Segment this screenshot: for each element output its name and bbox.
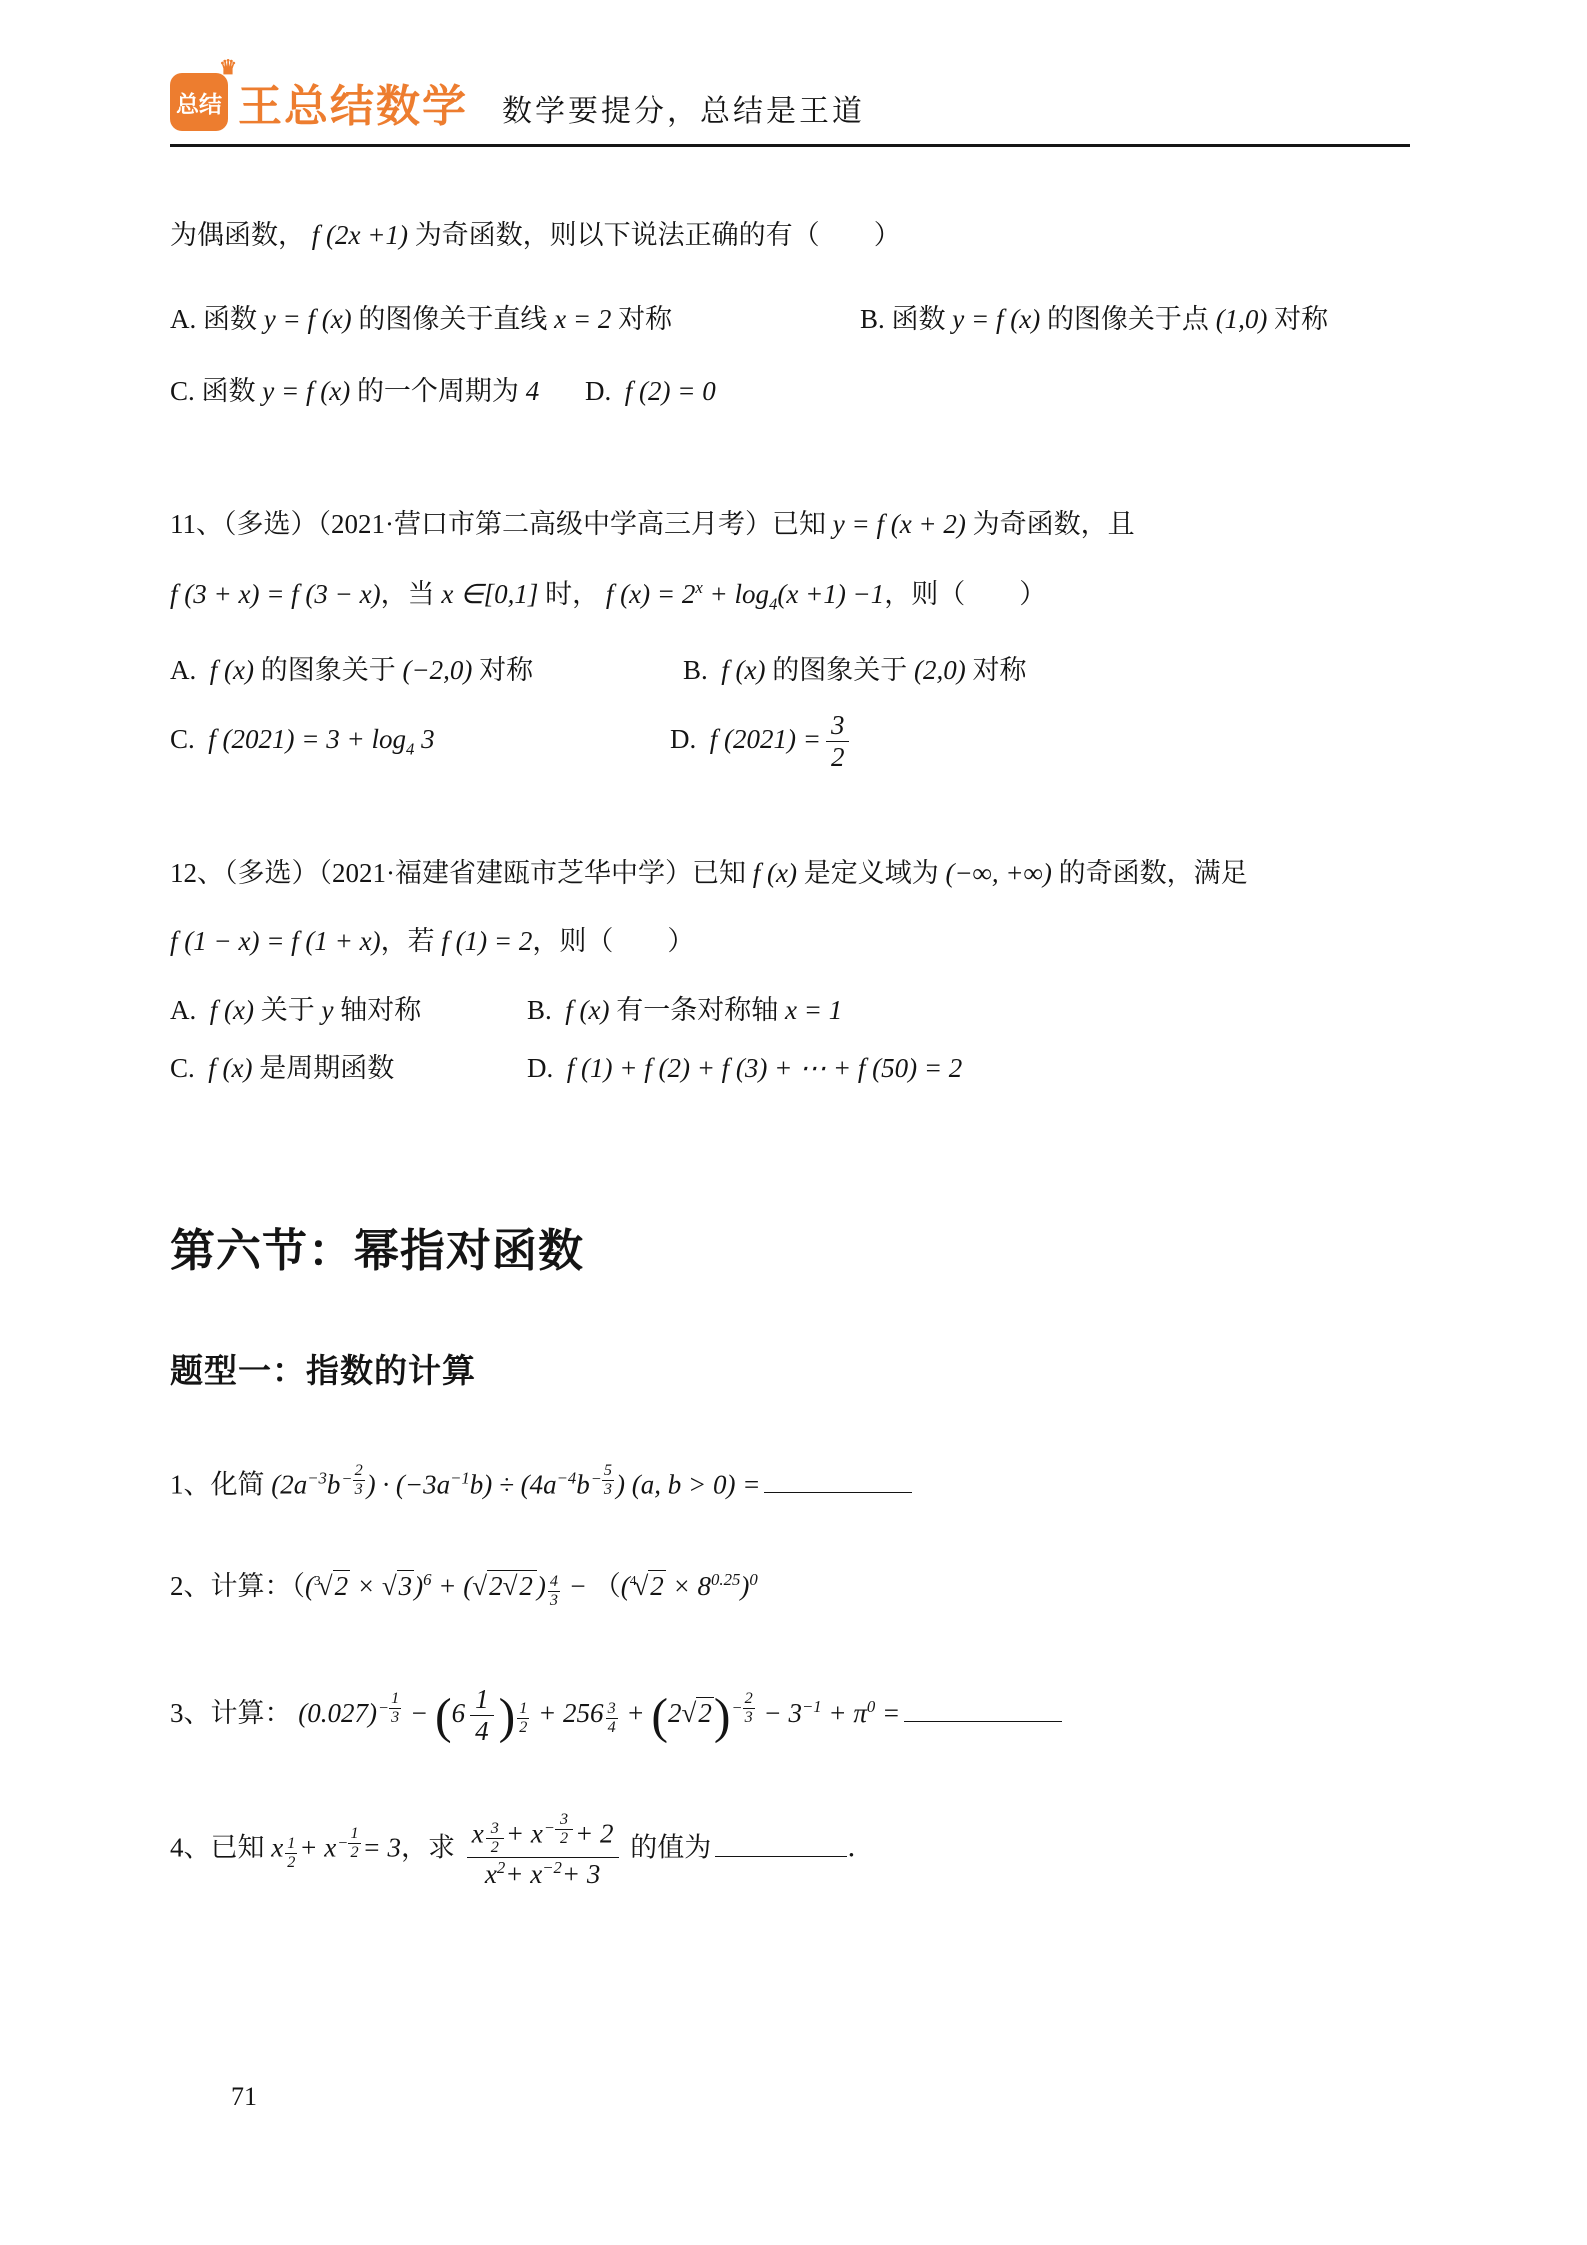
exponent: −4 xyxy=(557,1468,577,1487)
radical-icon: √ xyxy=(472,1571,487,1601)
logo-title: 王总结数学 xyxy=(238,70,468,134)
option-label: D. xyxy=(670,724,696,754)
exponent-fraction: −13 xyxy=(379,1690,401,1727)
exponent-fraction: −32 xyxy=(545,1811,573,1848)
q11-option-c: C. f (2021) = 3 + log4 3 xyxy=(170,721,670,761)
q12-option-c: C. f (x) 是周期函数 xyxy=(170,1050,527,1088)
q12-stem-line2: f (1 − x) = f (1 + x)，若 f (1) = 2，则（） xyxy=(170,923,1410,961)
fraction-denominator: 2 xyxy=(826,742,850,773)
exponent-fraction: 32 xyxy=(486,1820,504,1857)
problem-3: 3、计算： (0.027)−13 − (614)12 + 25634 + (2√… xyxy=(170,1684,1410,1747)
exponent: 2 xyxy=(497,1858,505,1877)
option-label: A. xyxy=(170,655,196,685)
q10-option-b: B. 函数 y = f (x) 的图像关于点 (1,0) 对称 xyxy=(860,301,1328,339)
problem-number: 3、 xyxy=(170,1698,211,1728)
fraction-numerator: 1 xyxy=(470,1684,494,1716)
radical-icon: √ xyxy=(318,1571,333,1601)
fraction: x32+ x−32+ 2x2+ x−2+ 3 xyxy=(467,1811,619,1890)
answer-blank xyxy=(904,1692,1062,1721)
fraction-denominator: 4 xyxy=(470,1716,494,1747)
q12-options-ab: A. f (x) 关于 y 轴对称 B. f (x) 有一条对称轴 x = 1 xyxy=(170,992,1410,1030)
q11-option-d: D. f (2021) =32 xyxy=(670,710,854,773)
text: 为奇函数，则以下说法正确的有（ xyxy=(408,220,820,250)
q12-options-cd: C. f (x) 是周期函数 D. f (1) + f (2) + f (3) … xyxy=(170,1050,1410,1088)
q10-option-a: A. 函数 y = f (x) 的图像关于直线 x = 2 对称 xyxy=(170,301,860,339)
exponent-fraction: −12 xyxy=(338,1825,360,1862)
exponent-fraction: 12 xyxy=(285,1835,297,1872)
radical-icon: √ xyxy=(682,1698,697,1728)
radicand: 3 xyxy=(397,1570,415,1601)
logo-badge: 总结 ♛ xyxy=(170,73,228,131)
option-label: C. xyxy=(170,376,195,406)
exponent-fraction: 43 xyxy=(548,1573,560,1610)
q10-options-cd: C. 函数 y = f (x) 的一个周期为 4 D. f (2) = 0 xyxy=(170,373,1410,411)
radicand: 2 xyxy=(333,1570,351,1601)
exponent-fraction: −53 xyxy=(592,1462,614,1499)
slogan-text: 数学要提分，总结是王道 xyxy=(502,86,865,134)
exponent-fraction: −23 xyxy=(733,1690,755,1727)
fraction-denominator: x2+ x−2+ 3 xyxy=(480,1858,605,1890)
logo-badge-text: 总结 xyxy=(176,86,222,119)
q10-option-c: C. 函数 y = f (x) 的一个周期为 4 xyxy=(170,373,585,411)
problem-2: 2、计算：（(3√2 × √3)6 + (√2√2)43 − （(4√2 × 8… xyxy=(170,1568,1410,1610)
q11-option-b: B. f (x) 的图象关于 (2,0) 对称 xyxy=(683,652,1026,690)
left-paren: ( xyxy=(651,1687,668,1743)
problem-4: 4、已知 x12+ x−12= 3，求 x32+ x−32+ 2x2+ x−2+… xyxy=(170,1811,1410,1890)
problem-number: 4、 xyxy=(170,1833,211,1863)
option-label: C. xyxy=(170,724,195,754)
option-label: B. xyxy=(683,655,708,685)
crown-icon: ♛ xyxy=(219,58,237,78)
radical-icon: √ xyxy=(382,1571,397,1601)
problem-1: 1、化简 (2a−3b−23) · (−3a−1b) ÷ (4a−4b−53) … xyxy=(170,1462,1410,1504)
page-number: 71 xyxy=(231,2082,257,2112)
exponent: 6 xyxy=(423,1570,431,1589)
radicand: 2√2 xyxy=(487,1570,537,1601)
text: ） xyxy=(874,220,901,250)
exponent: −1 xyxy=(450,1468,470,1487)
q11-stem-line2: f (3 + x) = f (3 − x)，当 x ∈[0,1] 时， f (x… xyxy=(170,576,1410,616)
radicand: 2 xyxy=(696,1697,714,1728)
math: f (2x +1) xyxy=(312,220,408,250)
q11-stem-line1: 11、（多选）（2021·营口市第二高级中学高三月考）已知 y = f (x +… xyxy=(170,506,1410,544)
radicand: 2 xyxy=(517,1570,535,1601)
exponent: −1 xyxy=(802,1697,822,1716)
right-paren: ) xyxy=(714,1687,731,1743)
option-label: B. xyxy=(527,995,552,1025)
brand-logo: 总结 ♛ 王总结数学 xyxy=(170,70,468,134)
q11-options-cd: C. f (2021) = 3 + log4 3 D. f (2021) =32 xyxy=(170,710,1410,773)
worksheet-page: 总结 ♛ 王总结数学 数学要提分，总结是王道 为偶函数， f (2x +1) 为… xyxy=(0,0,1587,2245)
problem-number: 2、 xyxy=(170,1571,211,1601)
option-label: D. xyxy=(527,1053,553,1083)
exponent-fraction: −23 xyxy=(342,1462,364,1499)
option-label: D. xyxy=(585,376,611,406)
answer-blank xyxy=(715,1827,847,1856)
exponent: −3 xyxy=(307,1468,327,1487)
right-paren: ) xyxy=(499,1687,516,1743)
q12-option-d: D. f (1) + f (2) + f (3) + ⋯ + f (50) = … xyxy=(527,1050,962,1088)
option-label: A. xyxy=(170,304,196,334)
q11-options-ab: A. f (x) 的图象关于 (−2,0) 对称 B. f (x) 的图象关于 … xyxy=(170,652,1410,690)
option-label: B. xyxy=(860,304,885,334)
answer-blank xyxy=(764,1464,912,1493)
option-label: C. xyxy=(170,1053,195,1083)
q12-option-a: A. f (x) 关于 y 轴对称 xyxy=(170,992,527,1030)
subscript: 4 xyxy=(406,740,414,759)
q12-stem-line1: 12、（多选）（2021·福建省建瓯市芝华中学）已知 f (x) 是定义域为 (… xyxy=(170,855,1410,893)
radicand: 2 xyxy=(648,1570,666,1601)
text: 为偶函数， xyxy=(170,220,312,250)
fraction: 14 xyxy=(470,1684,494,1747)
section-title: 第六节：幂指对函数 xyxy=(170,1214,1410,1279)
q12-option-b: B. f (x) 有一条对称轴 x = 1 xyxy=(527,992,842,1030)
problem-number: 1、 xyxy=(170,1469,211,1499)
subsection-title: 题型一：指数的计算 xyxy=(170,1345,1410,1392)
exponent-fraction: 34 xyxy=(606,1700,618,1737)
page-header: 总结 ♛ 王总结数学 数学要提分，总结是王道 xyxy=(170,0,1410,147)
radical-icon: √ xyxy=(633,1571,648,1601)
q10-options-ab: A. 函数 y = f (x) 的图像关于直线 x = 2 对称 B. 函数 y… xyxy=(170,301,1410,339)
q10-option-d: D. f (2) = 0 xyxy=(585,373,716,411)
radical-icon: √ xyxy=(503,1571,518,1601)
left-paren: ( xyxy=(435,1687,452,1743)
q11-option-a: A. f (x) 的图象关于 (−2,0) 对称 xyxy=(170,652,683,690)
fraction-numerator: x32+ x−32+ 2 xyxy=(467,1811,619,1858)
exponent: 0 xyxy=(749,1570,757,1589)
q10-stem: 为偶函数， f (2x +1) 为奇函数，则以下说法正确的有（） xyxy=(170,217,1410,255)
exponent: 0 xyxy=(867,1697,875,1716)
fraction: 32 xyxy=(826,710,850,773)
exponent-fraction: 12 xyxy=(517,1700,529,1737)
option-label: A. xyxy=(170,995,196,1025)
exponent: x xyxy=(695,578,702,597)
exponent: 0.25 xyxy=(711,1570,740,1589)
fraction-numerator: 3 xyxy=(826,710,850,742)
exponent: −2 xyxy=(542,1858,562,1877)
